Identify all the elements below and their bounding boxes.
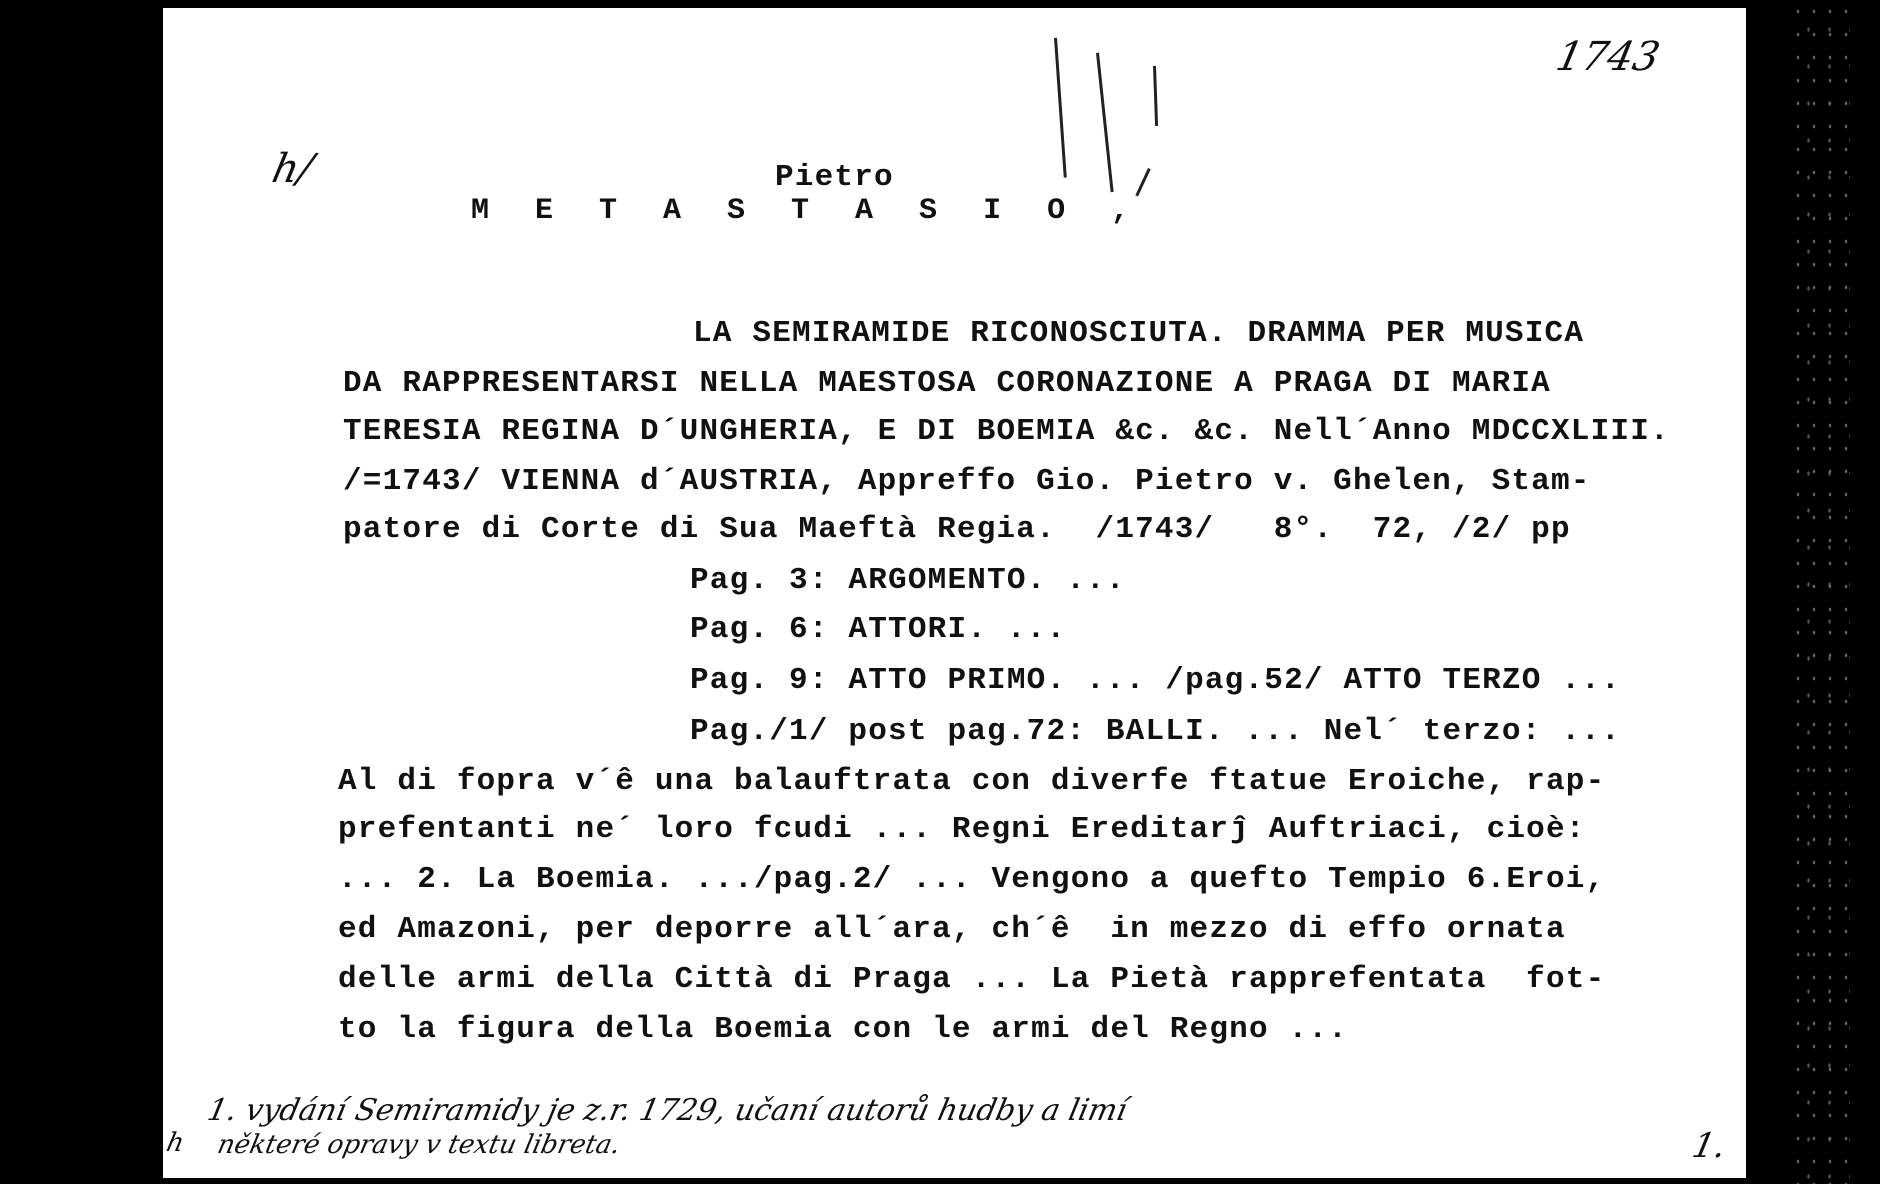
author-heading: M E T A S T A S I O ,	[343, 160, 1143, 262]
scan-noise	[1790, 0, 1850, 1184]
accession-number: 1743	[1552, 34, 1664, 80]
contents-line: Pag. 9: ATTO PRIMO. ... /pag.52/ ATTO TE…	[690, 663, 1621, 698]
pencil-mark	[1054, 38, 1067, 178]
title-line: TERESIA REGINA D´UNGHERIA, E DI BOEMIA &…	[343, 414, 1670, 449]
title-line: /=1743/ VIENNA d´AUSTRIA, Appreffo Gio. …	[343, 464, 1591, 499]
title-line: patore di Corte di Sua Maeftà Regia. /17…	[343, 512, 1571, 547]
contents-line: Pag. 3: ARGOMENTO. ...	[690, 563, 1126, 598]
contents-line: Pag./1/ post pag.72: BALLI. ... Nel´ ter…	[690, 714, 1621, 749]
body-line: to la figura della Boemia con le armi de…	[338, 1012, 1348, 1047]
contents-line: Pag. 6: ATTORI. ...	[690, 612, 1066, 647]
card-number: 1.	[1689, 1126, 1730, 1166]
handwritten-marker: h	[164, 1128, 187, 1158]
heading-mark: h/	[268, 146, 317, 192]
body-line: ed Amazoni, per deporre all´ara, ch´ê in…	[338, 912, 1566, 947]
title-line: DA RAPPRESENTARSI NELLA MAESTOSA CORONAZ…	[343, 366, 1551, 401]
author-separator: ,	[1079, 194, 1143, 228]
author-forename: Pietro	[775, 160, 894, 195]
body-line: delle armi della Città di Praga ... La P…	[338, 962, 1605, 997]
author-surname: M E T A S T A S I O	[471, 194, 1079, 228]
handwritten-note-line: některé opravy v textu libreta.	[215, 1130, 623, 1160]
body-line: Al di fopra v´ê una balauftrata con dive…	[338, 764, 1605, 799]
body-line: ... 2. La Boemia. .../pag.2/ ... Vengono…	[338, 862, 1605, 897]
handwritten-note-line: 1. vydání Semiramidy je z.r. 1729, učaní…	[204, 1093, 1130, 1128]
pencil-mark	[1153, 66, 1158, 126]
body-line: prefentanti ne´ loro fcudi ... Regni Ere…	[338, 812, 1586, 847]
catalog-card: 1743 h/ M E T A S T A S I O , Pietro LA …	[163, 8, 1746, 1178]
title-line: LA SEMIRAMIDE RICONOSCIUTA. DRAMMA PER M…	[693, 316, 1584, 351]
